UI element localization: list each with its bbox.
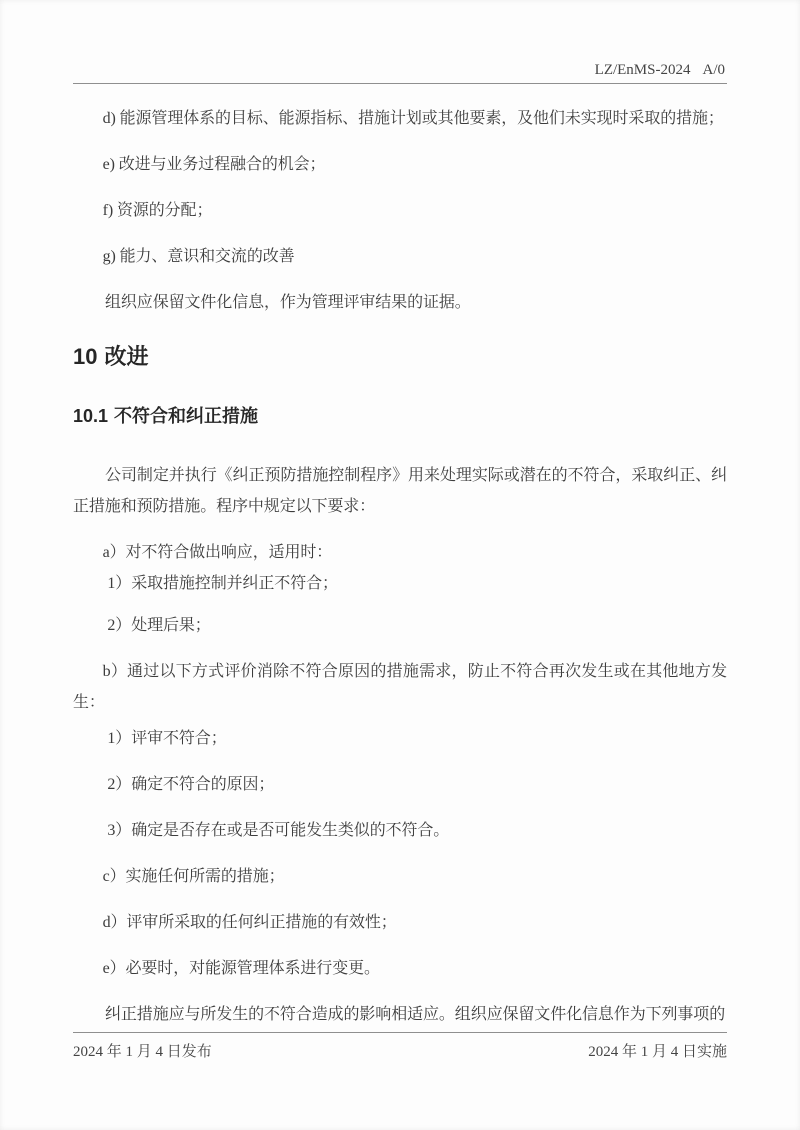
- subsection-10-1-heading: 10.1不符合和纠正措施: [73, 403, 727, 429]
- review-output-item-f: f) 资源的分配；: [73, 195, 727, 226]
- list-item-c: c）实施任何所需的措施；: [73, 861, 727, 892]
- release-date: 2024 年 1 月 4 日发布: [73, 1040, 212, 1061]
- list-item-a: a）对不符合做出响应，适用时：: [73, 537, 727, 568]
- revision-code: A/0: [703, 62, 726, 78]
- list-item-e: e）必要时，对能源管理体系进行变更。: [73, 953, 727, 984]
- review-output-item-d: d) 能源管理体系的目标、能源指标、措施计划或其他要素，及他们未实现时采取的措施…: [73, 103, 727, 134]
- list-item-d: d）评审所采取的任何纠正措施的有效性；: [73, 907, 727, 938]
- subsection-intro-paragraph: 公司制定并执行《纠正预防措施控制程序》用来处理实际或潜在的不符合，采取纠正、纠正…: [73, 460, 727, 522]
- list-item-a-1: 1）采取措施控制并纠正不符合；: [73, 568, 727, 599]
- page-header: LZ/EnMS-2024A/0: [73, 0, 727, 84]
- review-output-item-e: e) 改进与业务过程融合的机会；: [73, 149, 727, 180]
- document-body: d) 能源管理体系的目标、能源指标、措施计划或其他要素，及他们未实现时采取的措施…: [73, 84, 727, 1030]
- document-page: LZ/EnMS-2024A/0 d) 能源管理体系的目标、能源指标、措施计划或其…: [0, 0, 800, 1130]
- list-item-b-2: 2）确定不符合的原因；: [73, 769, 727, 800]
- list-item-b-3: 3）确定是否存在或是否可能发生类似的不符合。: [73, 815, 727, 846]
- review-closing-paragraph: 组织应保留文件化信息，作为管理评审结果的证据。: [73, 287, 727, 318]
- section-number: 10: [73, 344, 97, 369]
- implementation-date: 2024 年 1 月 4 日实施: [588, 1040, 727, 1061]
- subsection-number: 10.1: [73, 406, 108, 426]
- section-title: 改进: [104, 344, 148, 369]
- list-item-a-2: 2）处理后果；: [73, 610, 727, 641]
- review-output-item-g: g) 能力、意识和交流的改善: [73, 241, 727, 272]
- subsection-title: 不符合和纠正措施: [114, 406, 258, 426]
- document-code: LZ/EnMS-2024: [595, 62, 691, 78]
- list-item-b: b）通过以下方式评价消除不符合原因的措施需求，防止不符合再次发生或在其他地方发生…: [73, 656, 727, 718]
- list-item-b-1: 1）评审不符合；: [73, 723, 727, 754]
- closing-paragraph: 纠正措施应与所发生的不符合造成的影响相适应。组织应保留文件化信息作为下列事项的: [73, 999, 727, 1030]
- page-footer: 2024 年 1 月 4 日发布 2024 年 1 月 4 日实施: [73, 1032, 727, 1061]
- section-10-heading: 10改进: [73, 341, 727, 373]
